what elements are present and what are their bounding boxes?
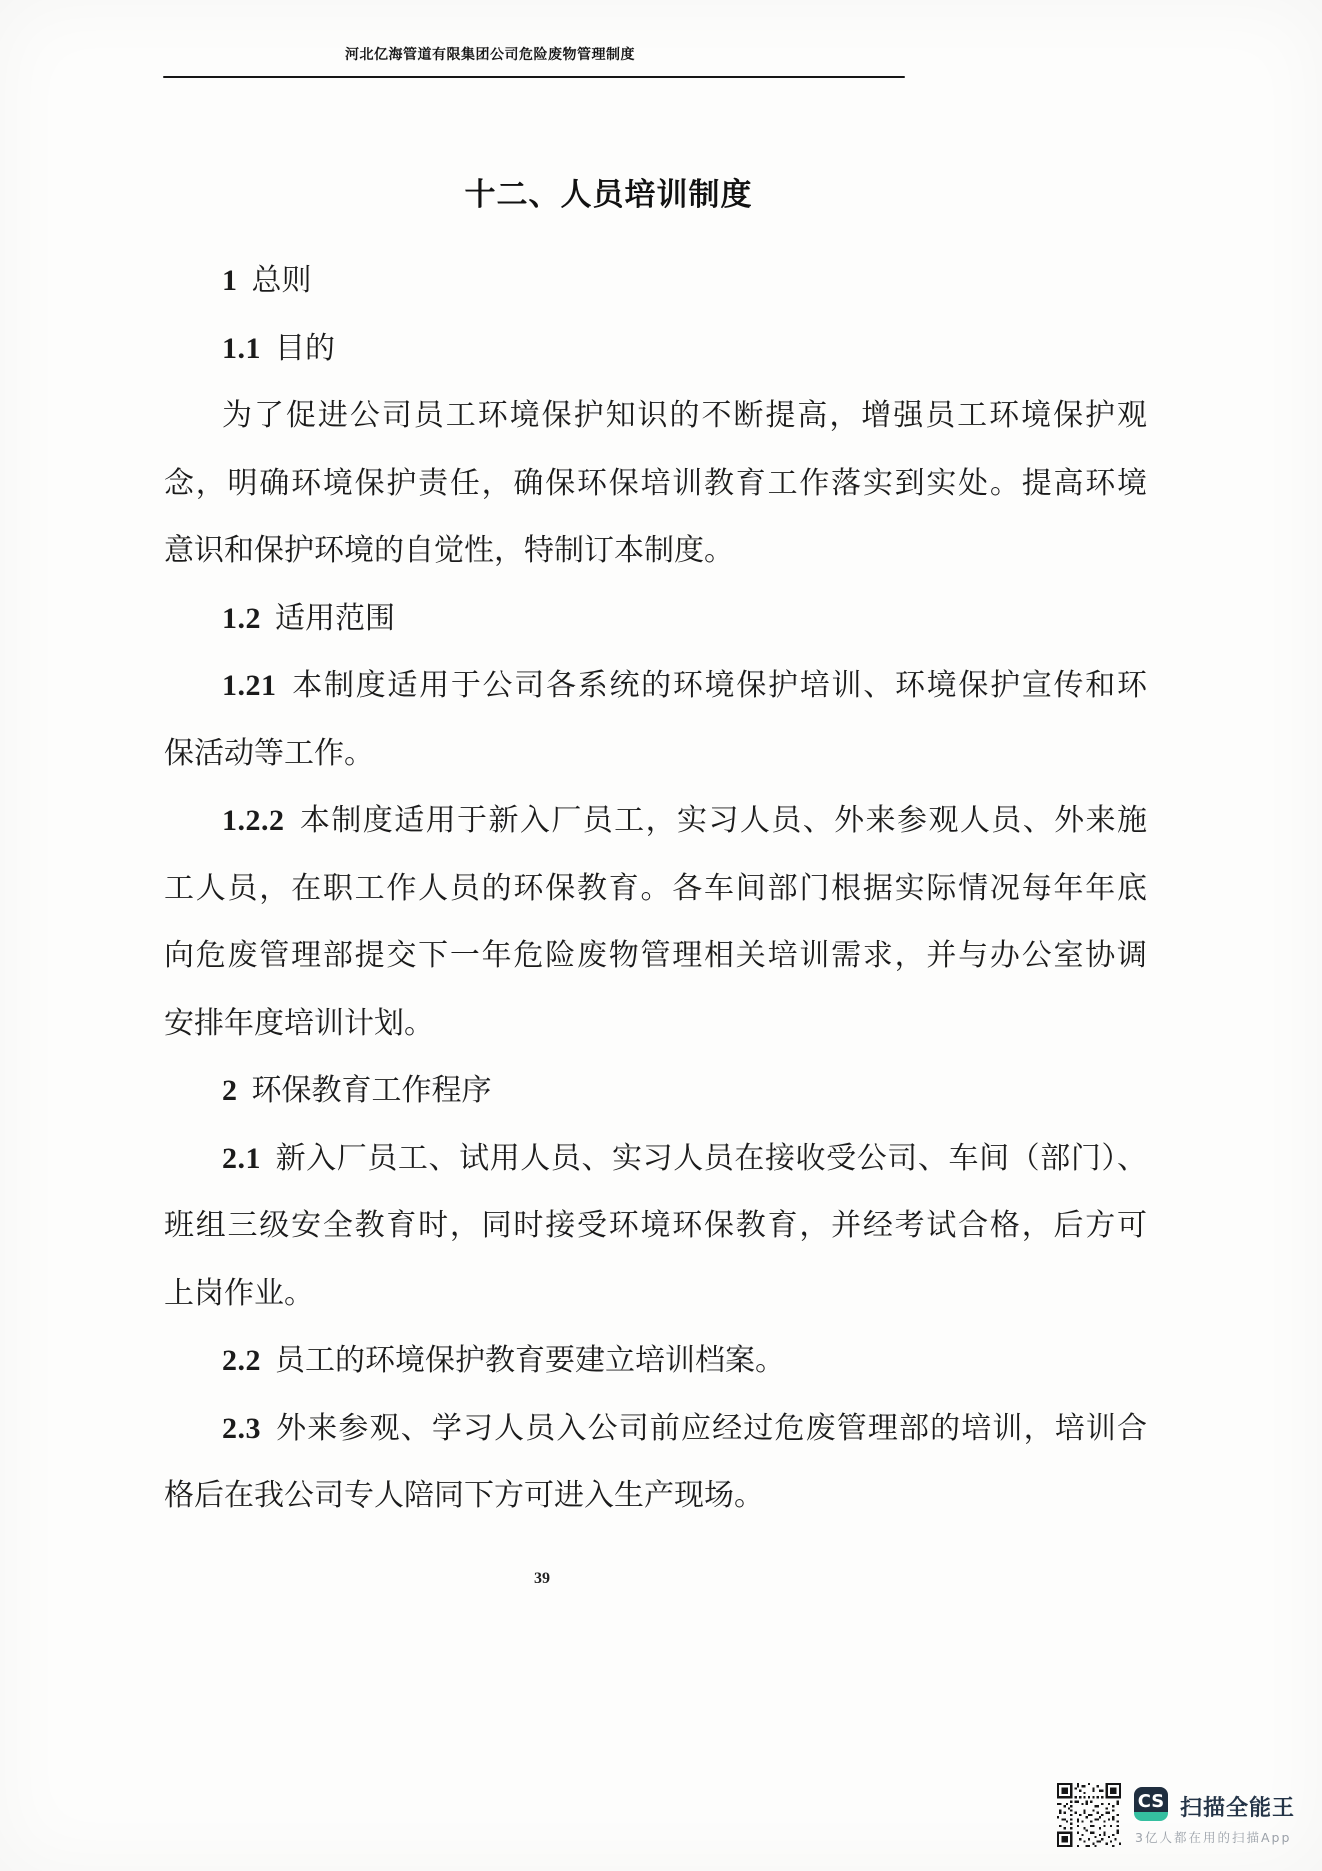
- line-text: 本制度适用于新入厂员工，实习人员、外来参观人员、外来施: [299, 804, 1148, 837]
- line-text: 意识和保护环境的自觉性，特制订本制度。: [164, 534, 734, 567]
- clause-number: 2.1: [222, 1142, 261, 1175]
- document-line: 工人员，在职工作人员的环保教育。各车间部门根据实际情况每年年底: [164, 855, 1147, 923]
- line-text: 目的: [275, 332, 335, 365]
- clause-number: 1.2: [222, 602, 261, 635]
- line-text: 上岗作业。: [164, 1277, 314, 1310]
- document-line: 意识和保护环境的自觉性，特制订本制度。: [164, 517, 1147, 585]
- line-text: 安排年度培训计划。: [164, 1007, 434, 1040]
- line-text: 适用范围: [275, 602, 395, 635]
- line-text: 念，明确环境保护责任，确保环保培训教育工作落实到实处。提高环境: [164, 467, 1147, 500]
- document-line: 1.1目的: [164, 315, 1147, 383]
- document-header: 河北亿海管道有限集团公司危险废物管理制度: [345, 44, 635, 64]
- line-text: 格后在我公司专人陪同下方可进入生产现场。: [164, 1479, 764, 1512]
- camscanner-tagline: 3亿人都在用的扫描App: [1135, 1828, 1291, 1846]
- camscanner-logo-icon: CS: [1134, 1787, 1168, 1821]
- document-line: 1.2.2本制度适用于新入厂员工，实习人员、外来参观人员、外来施: [164, 787, 1147, 855]
- document-line: 班组三级安全教育时，同时接受环境环保教育，并经考试合格，后方可: [164, 1192, 1147, 1260]
- text-block: 1总则 1.1目的 为了促进公司员工环境保护知识的不断提高，增强员工环境保护观 …: [164, 247, 1147, 1530]
- line-text: 总则: [252, 264, 312, 297]
- document-line: 1总则: [164, 247, 1147, 315]
- document-line: 1.21本制度适用于公司各系统的环境保护培训、环境保护宣传和环: [164, 652, 1147, 720]
- document-line: 1.2适用范围: [164, 585, 1147, 653]
- header-divider: [163, 76, 905, 78]
- document-line: 为了促进公司员工环境保护知识的不断提高，增强员工环境保护观: [164, 382, 1147, 450]
- page-number: 39: [518, 1570, 566, 1588]
- document-line: 2.2员工的环境保护教育要建立培训档案。: [164, 1327, 1147, 1395]
- clause-number: 1.1: [222, 332, 261, 365]
- line-text: 工人员，在职工作人员的环保教育。各车间部门根据实际情况每年年底: [164, 872, 1147, 905]
- line-text: 保活动等工作。: [164, 737, 374, 770]
- document-line: 安排年度培训计划。: [164, 990, 1147, 1058]
- line-text: 为了促进公司员工环境保护知识的不断提高，增强员工环境保护观: [222, 399, 1147, 432]
- scanned-document-page: 河北亿海管道有限集团公司危险废物管理制度 十二、人员培训制度 1总则 1.1目的…: [0, 0, 1322, 1871]
- line-text: 新入厂员工、试用人员、实习人员在接收受公司、车间（部门）、: [275, 1142, 1147, 1175]
- document-line: 念，明确环境保护责任，确保环保培训教育工作落实到实处。提高环境: [164, 450, 1147, 518]
- document-line: 保活动等工作。: [164, 720, 1147, 788]
- chapter-title: 十二、人员培训制度: [164, 165, 1147, 225]
- camscanner-app-name: 扫描全能王: [1180, 1791, 1295, 1822]
- line-text: 外来参观、学习人员入公司前应经过危废管理部的培训，培训合: [275, 1412, 1147, 1445]
- document-line: 2.3外来参观、学习人员入公司前应经过危废管理部的培训，培训合: [164, 1395, 1147, 1463]
- logo-monogram: CS: [1138, 1791, 1165, 1812]
- document-line: 上岗作业。: [164, 1260, 1147, 1328]
- clause-number: 1: [222, 264, 238, 297]
- document-line: 2.1新入厂员工、试用人员、实习人员在接收受公司、车间（部门）、: [164, 1125, 1147, 1193]
- line-text: 班组三级安全教育时，同时接受环境环保教育，并经考试合格，后方可: [164, 1209, 1147, 1242]
- document-body: 十二、人员培训制度 1总则 1.1目的 为了促进公司员工环境保护知识的不断提高，…: [164, 165, 1147, 1530]
- document-line: 向危废管理部提交下一年危险废物管理相关培训需求，并与办公室协调: [164, 922, 1147, 990]
- clause-number: 1.21: [222, 669, 277, 702]
- document-line: 格后在我公司专人陪同下方可进入生产现场。: [164, 1462, 1147, 1530]
- line-text: 环保教育工作程序: [252, 1074, 492, 1107]
- clause-number: 2.2: [222, 1344, 261, 1377]
- document-line: 2环保教育工作程序: [164, 1057, 1147, 1125]
- line-text: 员工的环境保护教育要建立培训档案。: [275, 1344, 785, 1377]
- qr-code-icon: [1057, 1783, 1121, 1847]
- clause-number: 2.3: [222, 1412, 261, 1445]
- clause-number: 2: [222, 1074, 238, 1107]
- clause-number: 1.2.2: [222, 804, 285, 837]
- line-text: 向危废管理部提交下一年危险废物管理相关培训需求，并与办公室协调: [164, 939, 1147, 972]
- line-text: 本制度适用于公司各系统的环境保护培训、环境保护宣传和环: [291, 669, 1148, 702]
